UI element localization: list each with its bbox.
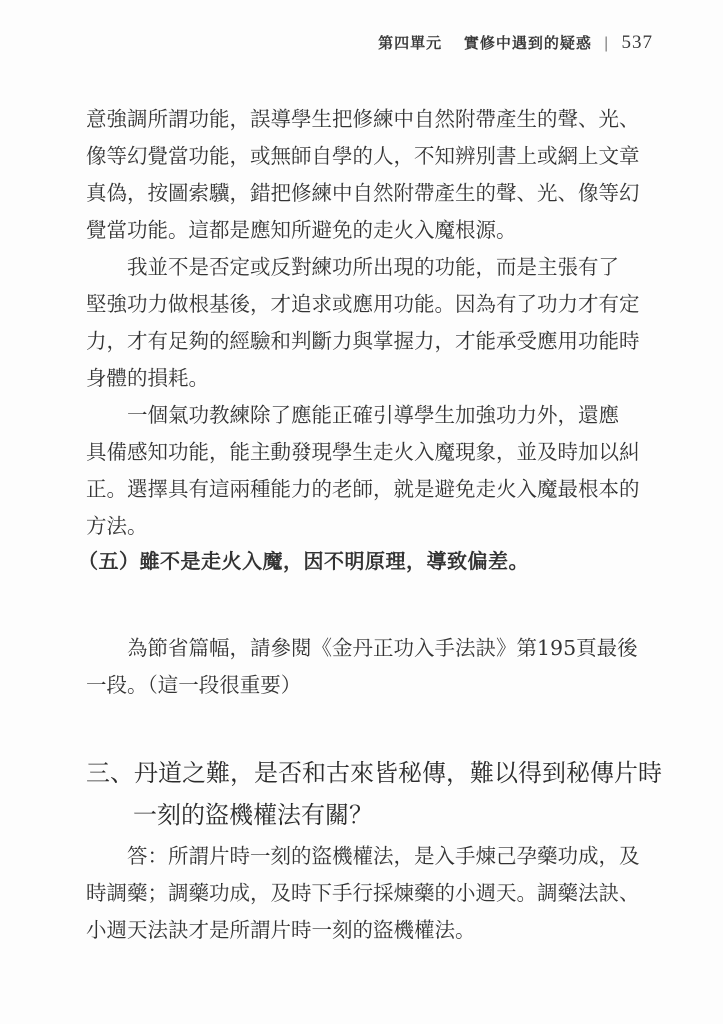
text-line: 我並不是否定或反對練功所出現的功能，而是主張有了 <box>86 249 636 286</box>
text-line: 具備感知功能，能主動發現學生走火入魔現象，並及時加以糾 <box>86 434 636 471</box>
paragraph-3: 一個氣功教練除了應能正確引導學生加強功力外，還應 具備感知功能，能主動發現學生走… <box>86 397 636 545</box>
text-line: 一段。（這一段很重要） <box>86 667 636 704</box>
page-number: 537 <box>622 32 654 53</box>
section-heading-line-1: 三、丹道之難，是否和古來皆秘傳，難以得到秘傳片時 <box>86 759 662 787</box>
text-line: 時調藥；調藥功成，及時下手行採煉藥的小週天。調藥法訣、 <box>86 875 636 912</box>
text-line: 方法。 <box>86 508 636 545</box>
section-heading: 三、丹道之難，是否和古來皆秘傳，難以得到秘傳片時 一刻的盜機權法有關？ <box>86 752 662 836</box>
book-page: 第四單元 實修中遇到的疑惑 | 537 意強調所謂功能，誤導學生把修練中自然附帶… <box>0 0 723 1024</box>
subheading-five: （五）雖不是走火入魔，因不明原理，導致偏差。 <box>78 545 529 574</box>
text-line: 像等幻覺當功能，或無師自學的人，不知辨別書上或網上文章 <box>86 138 636 175</box>
paragraph-2: 我並不是否定或反對練功所出現的功能，而是主張有了 堅強功力做根基後，才追求或應用… <box>86 249 636 397</box>
header-separator: | <box>604 34 610 52</box>
text-line: 堅強功力做根基後，才追求或應用功能。因為有了功力才有定 <box>86 286 636 323</box>
section-heading-line-2: 一刻的盜機權法有關？ <box>86 794 662 836</box>
text-line: 力，才有足夠的經驗和判斷力與掌握力，才能承受應用功能時 <box>86 323 636 360</box>
text-line: 一個氣功教練除了應能正確引導學生加強功力外，還應 <box>86 397 636 434</box>
paragraph-1: 意強調所謂功能，誤導學生把修練中自然附帶產生的聲、光、 像等幻覺當功能，或無師自… <box>86 101 636 249</box>
text-line: 正。選擇具有這兩種能力的老師，就是避免走火入魔最根本的 <box>86 471 636 508</box>
text-line: 答：所謂片時一刻的盜機權法，是入手煉己孕藥功成，及 <box>86 838 636 875</box>
text-line: 意強調所謂功能，誤導學生把修練中自然附帶產生的聲、光、 <box>86 101 636 138</box>
text-line: 身體的損耗。 <box>86 360 636 397</box>
text-line: 為節省篇幅，請參閱《金丹正功入手法訣》第195頁最後 <box>86 630 636 667</box>
text-line: 小週天法訣才是所謂片時一刻的盜機權法。 <box>86 912 636 949</box>
answer-paragraph: 答：所謂片時一刻的盜機權法，是入手煉己孕藥功成，及 時調藥；調藥功成，及時下手行… <box>86 838 636 949</box>
paragraph-reference: 為節省篇幅，請參閱《金丹正功入手法訣》第195頁最後 一段。（這一段很重要） <box>86 630 636 704</box>
running-header: 第四單元 實修中遇到的疑惑 | 537 <box>378 32 653 54</box>
text-line: 覺當功能。這都是應知所避免的走火入魔根源。 <box>86 212 636 249</box>
header-unit: 第四單元 <box>378 34 442 52</box>
header-chapter: 實修中遇到的疑惑 <box>464 34 592 52</box>
text-line: 真偽，按圖索驥，錯把修練中自然附帶產生的聲、光、像等幻 <box>86 175 636 212</box>
